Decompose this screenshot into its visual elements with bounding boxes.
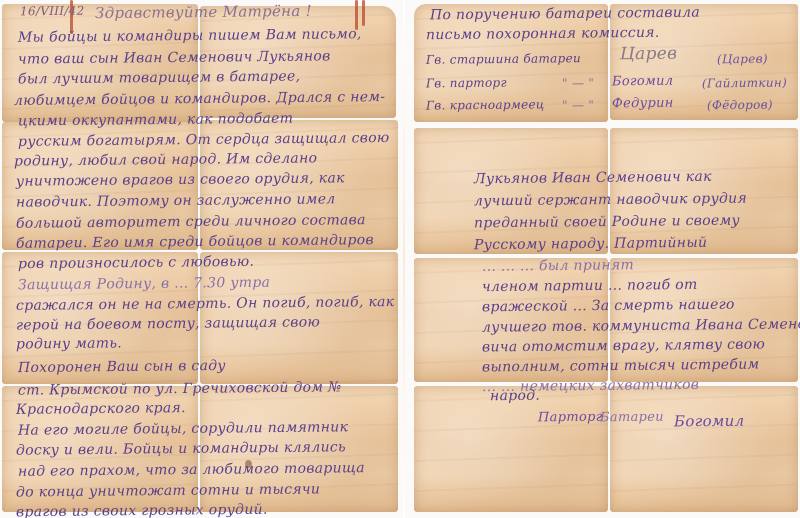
letter-line: врагов из своих грозных орудий.	[16, 502, 268, 518]
letter-line: лучший сержант наводчик орудия	[474, 191, 747, 210]
red-ink-mark	[362, 0, 365, 26]
letter-line: вича отомстим врагу, клятву свою	[482, 337, 765, 356]
letter-line: родину мать.	[16, 335, 122, 352]
letter-date: 16/VIII/42	[20, 4, 85, 19]
letter-line: до конца уничтожат сотни и тысячи	[16, 481, 320, 500]
letter-line: ров произносилось с любовью.	[18, 254, 254, 272]
letter-line: народ.	[490, 388, 540, 405]
sheet-gap	[403, 0, 405, 518]
signature: Федурин	[612, 96, 674, 112]
letter-left-sheet: 16/VIII/42 Здравствуйте Матрёна ! Мы бой…	[0, 0, 400, 518]
signature: Царев	[620, 44, 678, 65]
letter-line: членом партии ... погиб от	[482, 277, 698, 295]
letter-line: Русскому народу. Партийный	[474, 235, 707, 253]
letter-line: был лучшим товарищем в батарее,	[18, 69, 300, 88]
letter-line: ст. Крымской по ул. Гречиховской дом №	[18, 379, 342, 398]
signatory-name: (Фёдоров)	[707, 98, 773, 113]
signatory-role: Гв. парторг	[426, 76, 507, 91]
right-quadrant-mid-left	[414, 128, 608, 254]
letter-line: Похоронен Ваш сын в саду	[18, 358, 226, 376]
letter-line: вражеской ... За смерть нашего	[482, 297, 735, 316]
letter-line: цкими оккупантами, как подобает	[18, 111, 293, 130]
signatory-role: Гв. красноармеец	[426, 97, 545, 112]
signatory-role: Гв. старшина батареи	[426, 51, 581, 67]
letter-line: Краснодарского края.	[16, 400, 186, 418]
letter-line: герой на боевом посту, защищая свою	[16, 314, 320, 333]
right-top-line: По поручению батареи составила	[430, 5, 700, 24]
right-quadrant-bottom-left	[414, 386, 608, 512]
letter-line: что ваш сын Иван Семенович Лукьянов	[18, 48, 331, 67]
letter-line: выполним, сотни тысяч истребим	[482, 357, 760, 376]
letter-right-sheet: По поручению батареи составила письмо по…	[412, 0, 800, 518]
letter-greeting: Здравствуйте Матрёна !	[95, 2, 312, 22]
letter-line: преданный своей Родине и своему	[474, 213, 740, 232]
letter-line: лучшего тов. коммуниста Ивана Семено-	[482, 316, 800, 335]
ditto-mark: " — "	[562, 76, 594, 90]
closing-signature: Батареи	[600, 410, 664, 426]
right-quadrant-bottom-right	[610, 386, 798, 512]
closing-label: Парторг	[538, 410, 603, 426]
signatory-name: (Гайлиткин)	[702, 76, 787, 91]
letter-line: Защищая Родину, в ... 7.30 утра	[18, 275, 270, 294]
signatory-name: (Царев)	[717, 52, 768, 67]
right-top-line: письмо похоронная комиссия.	[426, 25, 660, 43]
ditto-mark: " — "	[562, 98, 594, 112]
letter-line: родину, любил свой народ. Им сделано	[14, 150, 317, 169]
letter-line: наводчик. Поэтому он заслуженно имел	[16, 191, 336, 210]
closing-signature: Богомил	[674, 412, 745, 431]
letter-line: Лукьянов Иван Семенович как	[474, 169, 712, 187]
signature: Богомил	[612, 74, 673, 90]
letter-line: ... ... ... был принят	[482, 257, 634, 275]
